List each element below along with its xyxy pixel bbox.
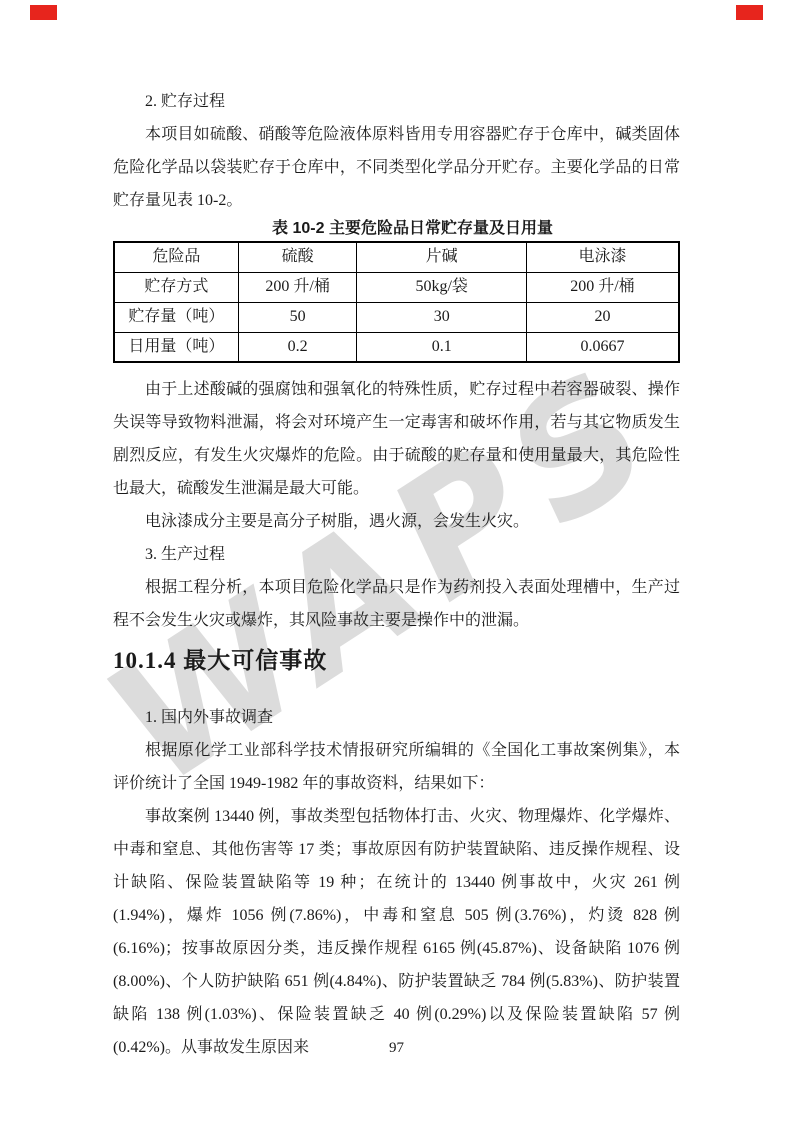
table-row: 贮存方式 200 升/桶 50kg/袋 200 升/桶 — [114, 272, 679, 302]
page-content: 2. 贮存过程 本项目如硫酸、硝酸等危险液体原料皆用专用容器贮存于仓库中，碱类固… — [113, 85, 680, 1064]
table-cell: 50kg/袋 — [357, 272, 527, 302]
table-cell: 20 — [526, 302, 679, 332]
table-cell: 50 — [238, 302, 357, 332]
table-header-row: 危险品 硫酸 片碱 电泳漆 — [114, 242, 679, 272]
paragraph-production: 根据工程分析，本项目危险化学品只是作为药剂投入表面处理槽中，生产过程不会发生火灾… — [113, 571, 680, 637]
list-item-storage-process: 2. 贮存过程 — [113, 85, 680, 118]
table-cell: 日用量（吨） — [114, 332, 238, 362]
section-heading-10-1-4: 10.1.4 最大可信事故 — [113, 646, 680, 676]
paragraph-storage: 本项目如硫酸、硝酸等危险液体原料皆用专用容器贮存于仓库中，碱类固体危险化学品以袋… — [113, 118, 680, 217]
corner-mark-right — [736, 5, 763, 20]
chemicals-table: 危险品 硫酸 片碱 电泳漆 贮存方式 200 升/桶 50kg/袋 200 升/… — [113, 241, 680, 363]
table-cell: 硫酸 — [238, 242, 357, 272]
table-cell: 200 升/桶 — [526, 272, 679, 302]
paragraph-epaint: 电泳漆成分主要是高分子树脂，遇火源，会发生火灾。 — [113, 505, 680, 538]
table-cell: 贮存方式 — [114, 272, 238, 302]
table-cell: 贮存量（吨） — [114, 302, 238, 332]
table-cell: 0.1 — [357, 332, 527, 362]
paragraph-accident-stats: 事故案例 13440 例，事故类型包括物体打击、火灾、物理爆炸、化学爆炸、中毒和… — [113, 800, 680, 1064]
paragraph-survey-intro: 根据原化学工业部科学技术情报研究所编辑的《全国化工事故案例集》，本评价统计了全国… — [113, 734, 680, 800]
table-cell: 危险品 — [114, 242, 238, 272]
document-page: WAPS 2. 贮存过程 本项目如硫酸、硝酸等危险液体原料皆用专用容器贮存于仓库… — [0, 0, 793, 1122]
table-cell: 30 — [357, 302, 527, 332]
table-cell: 200 升/桶 — [238, 272, 357, 302]
table-cell: 片碱 — [357, 242, 527, 272]
table-cell: 0.2 — [238, 332, 357, 362]
corner-mark-left — [30, 5, 57, 20]
page-number: 97 — [0, 1032, 793, 1065]
paragraph-risk: 由于上述酸碱的强腐蚀和强氧化的特殊性质，贮存过程中若容器破裂、操作失误等导致物料… — [113, 373, 680, 505]
table-row: 日用量（吨） 0.2 0.1 0.0667 — [114, 332, 679, 362]
list-item-production-process: 3. 生产过程 — [113, 538, 680, 571]
table-row: 贮存量（吨） 50 30 20 — [114, 302, 679, 332]
table-cell: 0.0667 — [526, 332, 679, 362]
list-item-accident-survey: 1. 国内外事故调查 — [113, 701, 680, 734]
table-caption: 表 10-2 主要危险品日常贮存量及日用量 — [113, 217, 680, 241]
table-cell: 电泳漆 — [526, 242, 679, 272]
